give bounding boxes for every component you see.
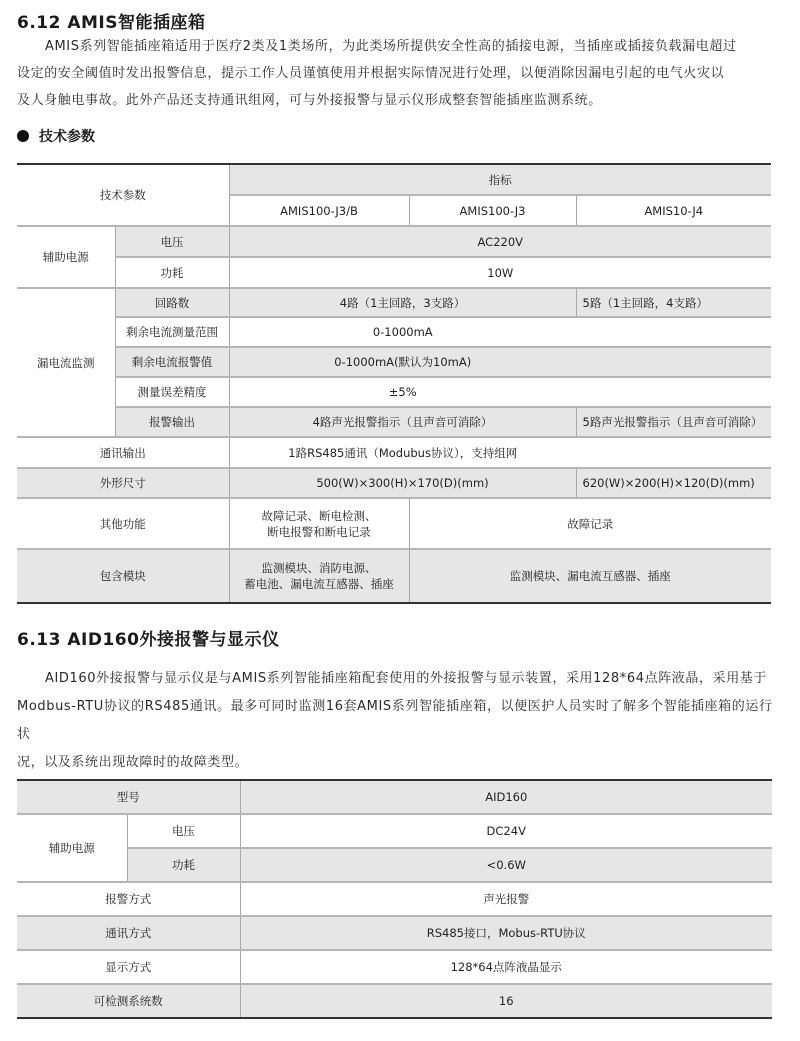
row-value-accuracy: ±5% [229,377,576,407]
row-label-alarm-output: 报警输出 [115,407,229,437]
row-value-size-b: 620(W)×200(H)×120(D)(mm) [576,468,771,498]
row-value-power: 10W [229,257,771,288]
empty-cell [576,347,771,377]
row-label-comm: 通讯输出 [17,437,229,468]
row-label-voltage: 电压 [115,226,229,257]
group-aux-power: 辅助电源 [17,226,115,288]
row-value-alarm-output-a: 4路声光报警指示（且声音可消除） [229,407,576,437]
row-label-comm: 通讯方式 [17,916,240,950]
amis-spec-table: 技术参数 指标 AMIS100-J3/B AMIS100-J3 AMIS10-J… [17,163,771,604]
group-aux-power: 辅助电源 [17,814,127,882]
row-value-size-a: 500(W)×300(H)×170(D)(mm) [229,468,576,498]
row-label-alarm-value: 剩余电流报警值 [115,347,229,377]
row-value-display: 128*64点阵液晶显示 [240,950,772,984]
row-label-accuracy: 测量误差精度 [115,377,229,407]
row-label-voltage: 电压 [127,814,240,848]
bullet-dot-icon [17,130,29,142]
row-label-other: 其他功能 [17,498,229,549]
row-label-model: 型号 [17,780,240,814]
row-label-count: 可检测系统数 [17,984,240,1018]
row-label-modules: 包含模块 [17,549,229,603]
tech-params-heading: 技术参数 [17,126,95,146]
section-title-6-13: 6.13 AID160外接报警与显示仪 [17,625,279,650]
row-value-alarm: 声光报警 [240,882,772,916]
paragraph-line: AID160外接报警与显示仪是与AMIS系列智能插座箱配套使用的外接报警与显示装… [17,665,773,693]
paragraph-line: 及人身触电事故。此外产品还支持通讯组网，可与外接报警与显示仪形成整套智能插座监测… [17,87,773,114]
paragraph-line: AMIS系列智能插座箱适用于医疗2类及1类场所，为此类场所提供安全性高的插接电源… [17,33,773,60]
section-6-12-paragraph: AMIS系列智能插座箱适用于医疗2类及1类场所，为此类场所提供安全性高的插接电源… [17,33,773,114]
row-value-modules-a: 监测模块、消防电源、 蓄电池、漏电流互感器、插座 [229,549,409,603]
empty-cell [576,437,771,468]
paragraph-line: 设定的安全阈值时发出报警信息，提示工作人员谨慎使用并根据实际情况进行处理，以便消… [17,60,773,87]
row-value-voltage: AC220V [229,226,771,257]
row-label-power: 功耗 [115,257,229,288]
empty-cell [576,377,771,407]
row-value-modules-b: 监测模块、漏电流互感器、插座 [409,549,771,603]
row-label-range: 剩余电流测量范围 [115,317,229,347]
header-param: 技术参数 [17,164,229,226]
header-index: 指标 [229,164,771,195]
row-label-size: 外形尺寸 [17,468,229,498]
empty-cell [576,317,771,347]
model-col-1: AMIS100-J3/B [229,195,409,226]
paragraph-line: Modbus-RTU协议的RS485通讯。最多可同时监测16套AMIS系列智能插… [17,693,773,749]
row-value-model: AID160 [240,780,772,814]
row-label-alarm: 报警方式 [17,882,240,916]
row-value-other-b: 故障记录 [409,498,771,549]
group-leakage: 漏电流监测 [17,288,115,437]
row-value-range: 0-1000mA [229,317,576,347]
row-value-alarm-output-b: 5路声光报警指示（且声音可消除） [576,407,771,437]
row-value-alarm-value: 0-1000mA(默认为10mA) [229,347,576,377]
model-col-3: AMIS10-J4 [576,195,771,226]
row-value-comm: RS485接口，Mobus-RTU协议 [240,916,772,950]
paragraph-line: 况，以及系统出现故障时的故障类型。 [17,749,773,777]
row-value-power: <0.6W [240,848,772,882]
row-value-other-a: 故障记录、断电检测、 断电报警和断电记录 [229,498,409,549]
row-label-power: 功耗 [127,848,240,882]
model-col-2: AMIS100-J3 [409,195,576,226]
row-value-comm: 1路RS485通讯（Modubus协议），支持组网 [229,437,576,468]
section-title-6-12: 6.12 AMIS智能插座箱 [17,8,206,33]
row-value-count: 16 [240,984,772,1018]
section-6-13-paragraph: AID160外接报警与显示仪是与AMIS系列智能插座箱配套使用的外接报警与显示装… [17,665,773,777]
row-label-circuits: 回路数 [115,288,229,317]
row-value-circuits-b: 5路（1主回路，4支路） [576,288,771,317]
row-value-voltage: DC24V [240,814,772,848]
row-label-display: 显示方式 [17,950,240,984]
row-value-circuits-a: 4路（1主回路，3支路） [229,288,576,317]
aid160-spec-table: 型号 AID160 辅助电源 电压 DC24V 功耗 <0.6W 报警方式 声光… [17,779,772,1019]
